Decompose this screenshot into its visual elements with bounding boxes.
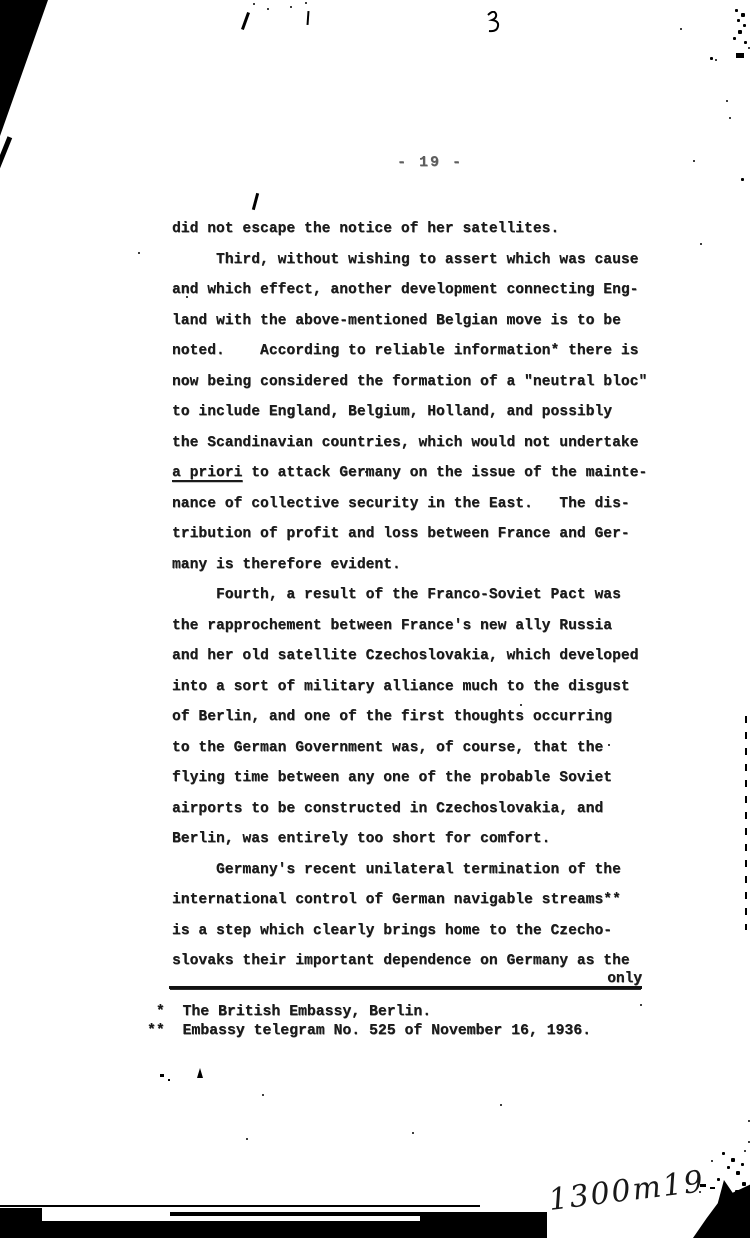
- footnote-line: ** Embassy telegram No. 525 of November …: [147, 1022, 591, 1041]
- document-body: did not escape the notice of her satelli…: [172, 214, 672, 977]
- noise-dot: [741, 1163, 744, 1166]
- handwritten-note: 1300m19: [538, 1168, 718, 1232]
- text-line: many is therefore evident.: [172, 550, 672, 581]
- noise-dot: [736, 1171, 740, 1175]
- text-line: noted. According to reliable information…: [172, 336, 672, 367]
- text-line: is a step which clearly brings home to t…: [172, 916, 672, 947]
- text-line: a priori to attack Germany on the issue …: [172, 458, 672, 489]
- underlined-phrase: a priori: [172, 465, 242, 481]
- scan-mark: [241, 12, 250, 30]
- footnote-separator: [169, 986, 642, 989]
- noise-dot: [246, 1138, 248, 1140]
- noise-dot: [744, 1150, 746, 1152]
- noise-dot: [640, 1004, 642, 1006]
- noise-dot: [693, 160, 695, 162]
- text-line: tribution of profit and loss between Fra…: [172, 519, 672, 550]
- noise-dot: [710, 57, 713, 60]
- text-line: Germany's recent unilateral termination …: [172, 855, 672, 886]
- noise-dot: [741, 178, 744, 181]
- text-line: flying time between any one of the proba…: [172, 763, 672, 794]
- noise-dot: [737, 19, 740, 22]
- noise-dot: [735, 1190, 740, 1195]
- text-line: into a sort of military alliance much to…: [172, 672, 672, 703]
- noise-dot: [138, 252, 140, 254]
- noise-dot: [735, 9, 738, 12]
- text-line: did not escape the notice of her satelli…: [172, 214, 672, 245]
- text-line: land with the above-mentioned Belgian mo…: [172, 306, 672, 337]
- scan-mark: [736, 53, 744, 58]
- document-page: - 19 - did not escape the notice of her …: [0, 0, 750, 1238]
- scan-mark: [252, 193, 259, 210]
- noise-dot: [253, 3, 255, 5]
- stray-ink-curl: [487, 11, 501, 35]
- text-line: international control of German navigabl…: [172, 885, 672, 916]
- noise-dot: [721, 1200, 724, 1203]
- noise-dot: [262, 1094, 264, 1096]
- text-line: Fourth, a result of the Franco-Soviet Pa…: [172, 580, 672, 611]
- scan-corner-wedge: [0, 0, 48, 136]
- text-line: and which effect, another development co…: [172, 275, 672, 306]
- text-line: Berlin, was entirely too short for comfo…: [172, 824, 672, 855]
- text-line: nance of collective security in the East…: [172, 489, 672, 520]
- noise-dot: [731, 1158, 735, 1162]
- noise-dot: [729, 1195, 733, 1199]
- noise-dot: [722, 1152, 725, 1155]
- noise-dot: [741, 13, 745, 17]
- noise-dot: [412, 1132, 414, 1134]
- text-line: Third, without wishing to assert which w…: [172, 245, 672, 276]
- scan-mark: [420, 1216, 547, 1222]
- footnotes: * The British Embassy, Berlin. ** Embass…: [147, 1003, 591, 1040]
- noise-dot: [744, 41, 747, 44]
- noise-dot: [729, 117, 731, 119]
- noise-dot: [680, 28, 682, 30]
- handwritten-note-text: 1300m19: [547, 1168, 707, 1218]
- noise-dot: [711, 1160, 713, 1162]
- noise-dot: [305, 2, 307, 4]
- footnote-line: * The British Embassy, Berlin.: [147, 1003, 591, 1022]
- text-line: the rapprochement between France's new a…: [172, 611, 672, 642]
- text-line: the Scandinavian countries, which would …: [172, 428, 672, 459]
- noise-dot: [700, 243, 702, 245]
- noise-dot: [743, 24, 746, 27]
- text-line: to include England, Belgium, Holland, an…: [172, 397, 672, 428]
- noise-dot: [290, 6, 292, 8]
- scan-mark: [0, 1221, 547, 1238]
- scan-edge-dashed-line: [745, 716, 747, 930]
- scan-mark: [0, 1205, 480, 1207]
- noise-dot: [742, 1182, 746, 1186]
- text-line: and her old satellite Czechoslovakia, wh…: [172, 641, 672, 672]
- noise-dot: [738, 30, 742, 34]
- noise-dot: [738, 1203, 743, 1208]
- noise-dot: [715, 59, 717, 61]
- scan-mark: [160, 1074, 164, 1077]
- noise-dot: [727, 1166, 730, 1169]
- text-line: to the German Government was, of course,…: [172, 733, 672, 764]
- text-line: of Berlin, and one of the first thoughts…: [172, 702, 672, 733]
- catchword: only: [172, 971, 642, 987]
- page-number: - 19 -: [330, 154, 530, 171]
- noise-dot: [500, 1104, 502, 1106]
- text-line: now being considered the formation of a …: [172, 367, 672, 398]
- noise-speck: [197, 1068, 203, 1078]
- noise-dot: [733, 37, 736, 40]
- text-line: airports to be constructed in Czechoslov…: [172, 794, 672, 825]
- noise-dot: [746, 1196, 750, 1200]
- noise-dot: [726, 100, 728, 102]
- scan-mark: [0, 136, 12, 169]
- scan-mark: [307, 11, 310, 25]
- noise-dot: [267, 8, 269, 10]
- scan-mark: [168, 1079, 170, 1081]
